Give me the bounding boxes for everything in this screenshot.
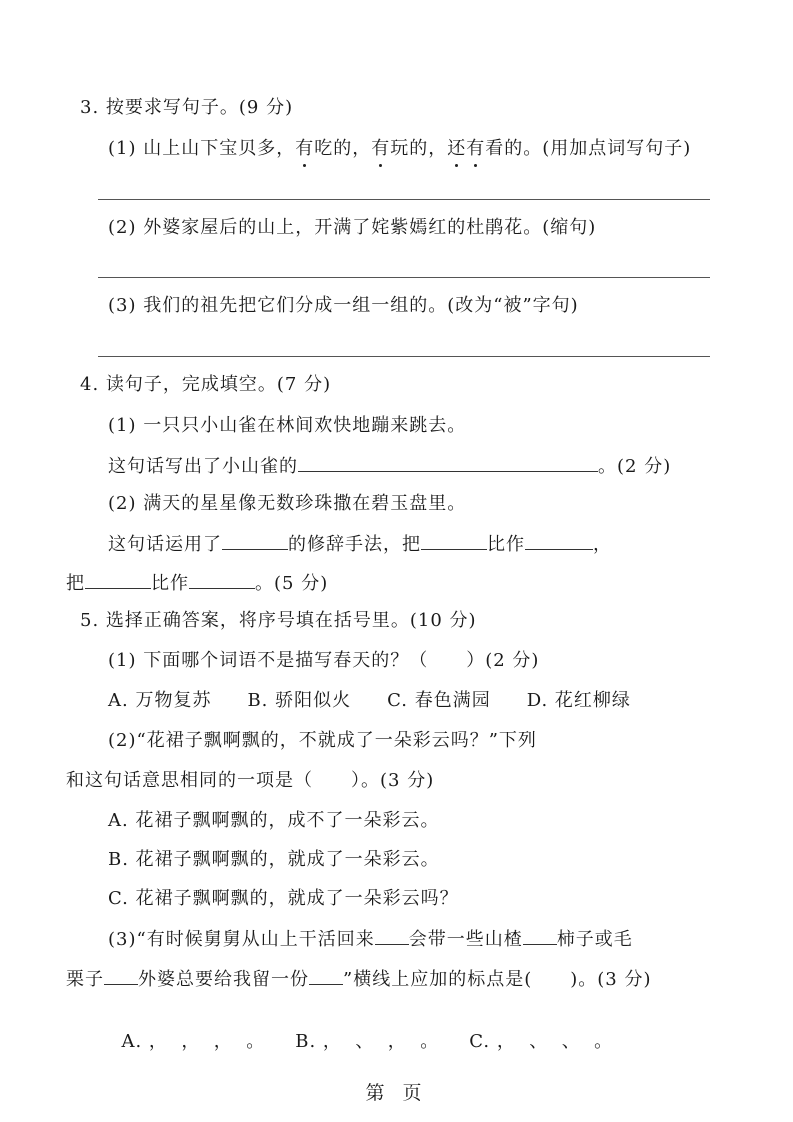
q5-3-text-c: 柿子或毛 (557, 929, 633, 950)
q5-3-text-b: 会带一些山楂 (409, 929, 523, 950)
option-a[interactable]: A. ， ， ， 。 (121, 1031, 265, 1052)
q4-sentence-1: (1) 一只只小山雀在林间欢快地蹦来跳去。 (108, 414, 466, 438)
q5-3-text-f: ”横线上应加的标点是( )。(3 分) (343, 969, 651, 990)
option-d[interactable]: D. 花红柳绿 (527, 690, 631, 711)
q4-prompt-1-text: 这句话写出了小山雀的 (108, 456, 298, 477)
q3-item-2: (2) 外婆家屋后的山上，开满了姹紫嫣红的杜鹃花。(缩句) (108, 216, 596, 240)
option-b[interactable]: B. 骄阳似火 (247, 690, 351, 711)
emphasis-dot-word: 有 (466, 137, 485, 161)
q5-3-text-e: 外婆总要给我留一份 (138, 969, 309, 990)
q4-prompt-2-comma: ， (593, 534, 612, 555)
option-c[interactable]: C. 花裙子飘啊飘的，就成了一朵彩云吗？ (108, 887, 459, 911)
fill-blank[interactable] (421, 531, 487, 550)
q5-part-3-options: A. ， ， ， 。B. ， 、 ， 。C. ， 、 、 。 (108, 1006, 613, 1054)
fill-blank[interactable] (189, 570, 255, 589)
q5-title: 5. 选择正确答案，将序号填在括号里。(10 分) (80, 609, 477, 633)
emphasis-dot-word: 有 (371, 137, 390, 161)
answer-line-q3-1[interactable] (98, 199, 710, 200)
q3-item-1: (1) 山上山下宝贝多，有吃的，有玩的，还有看的。(用加点词写句子) (108, 137, 691, 161)
q4-prompt-2-text-b: 的修辞手法，把 (288, 534, 421, 555)
answer-line-q3-3[interactable] (98, 356, 710, 357)
q3-title: 3. 按要求写句子。(9 分) (80, 96, 293, 120)
q5-3-text-d: 栗子 (66, 969, 104, 990)
emphasis-dot-word: 有 (295, 137, 314, 161)
option-a[interactable]: A. 花裙子飘啊飘的，成不了一朵彩云。 (108, 809, 439, 833)
option-b[interactable]: B. 花裙子飘啊飘的，就成了一朵彩云。 (108, 848, 440, 872)
q5-part-1-options: A. 万物复苏B. 骄阳似火C. 春色满园D. 花红柳绿 (108, 689, 631, 713)
q4-prompt-1: 这句话写出了小山雀的。(2 分) (108, 453, 671, 479)
q4-prompt-2: 这句话运用了的修辞手法，把比作， (108, 531, 612, 557)
q5-part-3-line-1: (3)“有时候舅舅从山上干活回来会带一些山楂柿子或毛 (108, 926, 633, 952)
q5-part-2-line-1: (2)“花裙子飘啊飘的，不就成了一朵彩云吗？”下列 (108, 729, 537, 753)
q3-1-text-b: 吃的， (314, 138, 371, 159)
q5-3-text-a: (3)“有时候舅舅从山上干活回来 (108, 929, 375, 950)
option-b[interactable]: B. ， 、 ， 。 (295, 1031, 439, 1052)
q3-1-text-c: 玩的， (390, 138, 447, 159)
q5-part-3-line-2: 栗子外婆总要给我留一份”横线上应加的标点是( )。(3 分) (66, 966, 651, 992)
q3-1-text-a: (1) 山上山下宝贝多， (108, 138, 295, 159)
q4-prompt-2-text-a: 这句话运用了 (108, 534, 222, 555)
q4-prompt-2-cont: 把比作。(5 分) (66, 570, 328, 596)
answer-line-q3-2[interactable] (98, 277, 710, 278)
option-a[interactable]: A. 万物复苏 (108, 690, 211, 711)
q4-prompt-2-score: 。(5 分) (255, 573, 328, 594)
fill-blank[interactable] (85, 570, 151, 589)
q4-prompt-2-text-e: 把 (66, 573, 85, 594)
q4-sentence-2: (2) 满天的星星像无数珍珠撒在碧玉盘里。 (108, 492, 466, 516)
q3-item-3: (3) 我们的祖先把它们分成一组一组的。(改为“被”字句) (108, 294, 579, 318)
page-number-label: 第 页 (0, 1078, 793, 1105)
fill-blank[interactable] (525, 531, 593, 550)
q5-part-1: (1) 下面哪个词语不是描写春天的？（ ）(2 分) (108, 649, 539, 673)
fill-blank[interactable] (523, 926, 557, 945)
q4-prompt-2-text-c: 比作 (487, 534, 525, 555)
q4-prompt-1-score: 。(2 分) (598, 456, 671, 477)
q5-part-2-line-2: 和这句话意思相同的一项是（ ）。(3 分) (66, 769, 434, 793)
fill-blank[interactable] (222, 531, 288, 550)
q3-1-text-d: 看的。(用加点词写句子) (485, 138, 691, 159)
option-c[interactable]: C. ， 、 、 。 (469, 1031, 613, 1052)
fill-blank[interactable] (375, 926, 409, 945)
fill-blank[interactable] (309, 966, 343, 985)
fill-blank[interactable] (298, 453, 598, 472)
option-c[interactable]: C. 春色满园 (387, 690, 491, 711)
fill-blank[interactable] (104, 966, 138, 985)
emphasis-dot-word: 还 (447, 137, 466, 161)
q4-prompt-2-text-f: 比作 (151, 573, 189, 594)
q4-title: 4. 读句子，完成填空。(7 分) (80, 373, 331, 397)
